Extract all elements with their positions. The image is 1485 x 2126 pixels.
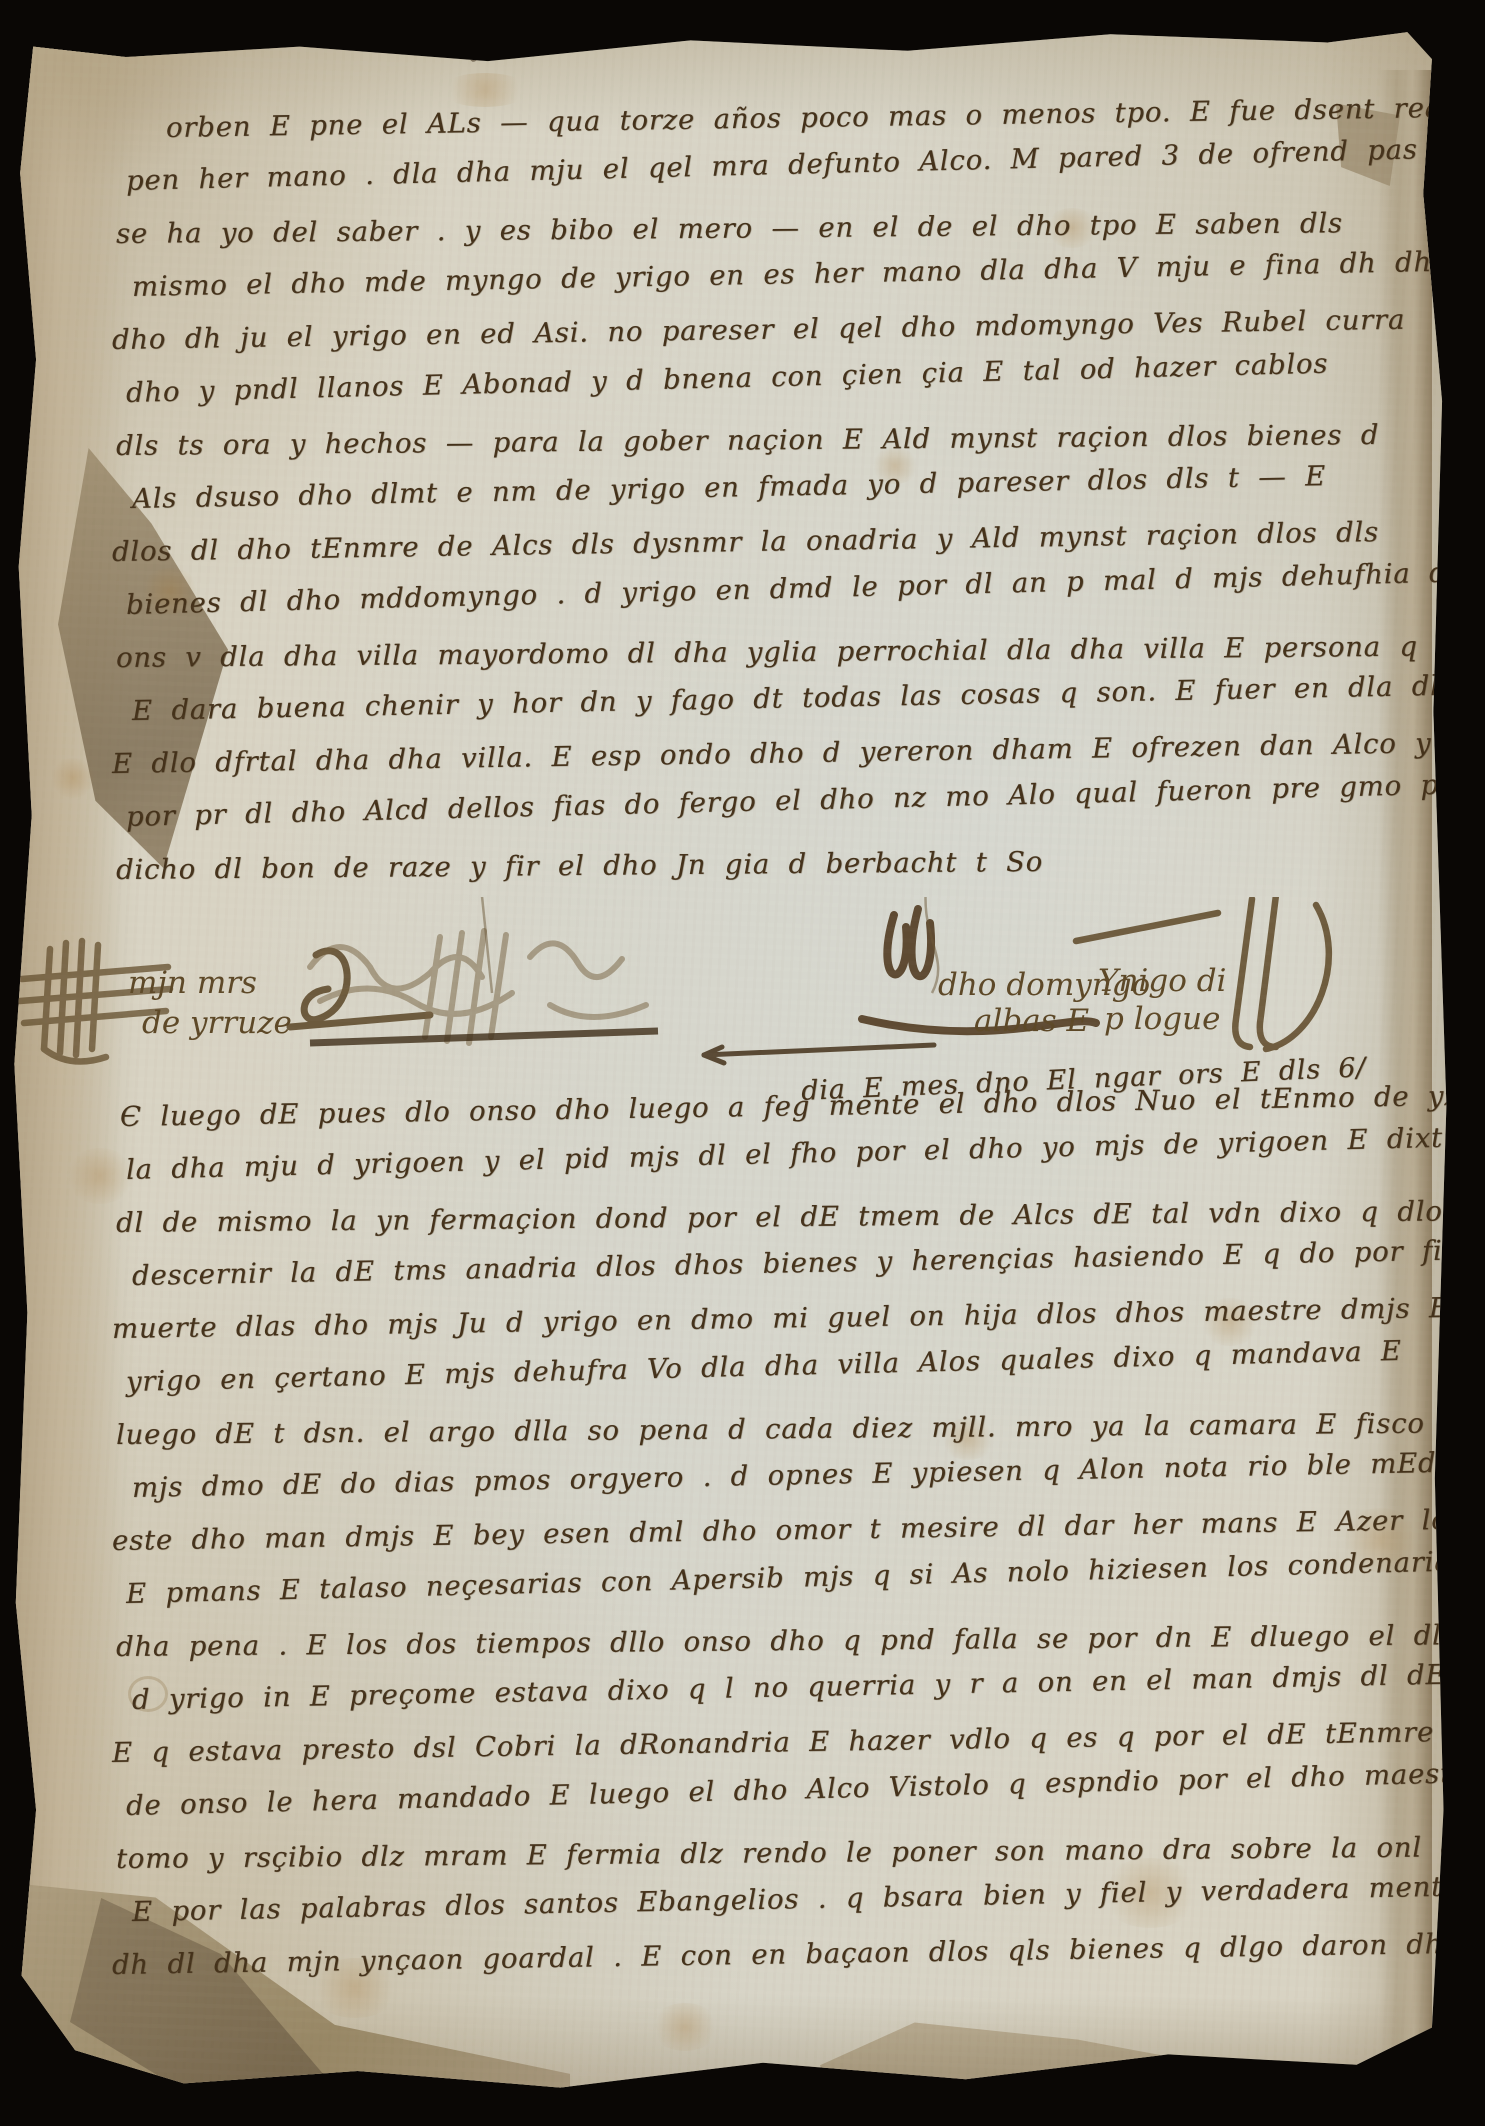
signature-middle-line2: albas E: [974, 1003, 1089, 1039]
stain-spot: [650, 2003, 720, 2051]
signature-scribble-faded: [310, 931, 646, 1043]
signature-zone: mjn mrs de yrruze dho domyngo albas E: [10, 897, 1458, 1089]
signature-right-line1: Ynigo di: [1098, 963, 1226, 999]
text-block-upper: orben E pne el ALs — qua torze años poco…: [10, 28, 1458, 897]
signature-left-line1: mjn mrs: [128, 965, 257, 1001]
leader-dash: [704, 1045, 934, 1063]
manuscript-page: orben E pne el ALs — qua torze años poco…: [10, 28, 1458, 2100]
manuscript-line: dicho dl bon de raze y fir el dho Jn gia…: [116, 833, 1430, 897]
signature-right-line2: p logue: [1104, 1001, 1220, 1037]
signature-left-line2: de yrruze: [142, 1005, 292, 1041]
text-block-lower: Є luego dE pues dlo onso dho luego a feg…: [10, 1089, 1458, 1992]
torn-bottom-edge: [820, 2013, 1250, 2108]
photograph-background: { "document": { "kind": "16th-century Sp…: [0, 0, 1485, 2126]
signature-underline: [310, 1031, 658, 1043]
rubric-crosshatch-left: [20, 941, 170, 1062]
